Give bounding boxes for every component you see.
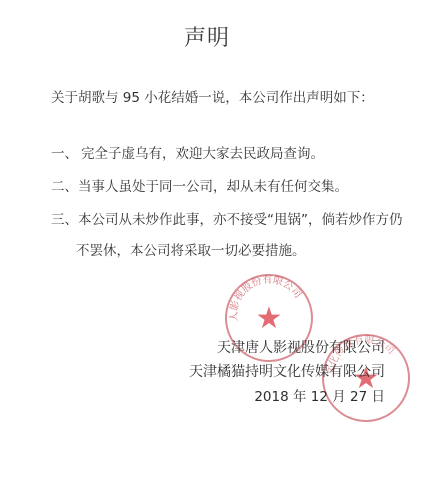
intro-paragraph: 关于胡歌与 95 小花结婚一说，本公司作出声明如下： <box>51 89 374 107</box>
item-number: 二、 <box>51 178 78 196</box>
document-title: 声明 <box>0 25 414 53</box>
item-text: 本公司从未炒作此事，亦不接受“甩锅”，倘若炒作方仍 <box>78 212 403 228</box>
item-text: 当事人虽处于同一公司，却从未有任何交集。 <box>78 179 348 195</box>
statement-item-3: 三、本公司从未炒作此事，亦不接受“甩锅”，倘若炒作方仍 <box>51 211 403 229</box>
statement-item-3-continuation: 不罢休，本公司将采取一切必要措施。 <box>76 242 306 260</box>
signature-company-1: 天津唐人影视股份有限公司 <box>217 339 385 357</box>
statement-item-2: 二、当事人虽处于同一公司，却从未有任何交集。 <box>51 178 348 196</box>
item-text: 完全子虚乌有，欢迎大家去民政局查询。 <box>81 146 324 162</box>
item-number: 一、 <box>51 145 81 163</box>
star-icon: ★ <box>256 304 283 334</box>
statement-item-1: 一、完全子虚乌有，欢迎大家去民政局查询。 <box>51 145 324 163</box>
statement-document: 声明 关于胡歌与 95 小花结婚一说，本公司作出声明如下： 一、完全子虚乌有，欢… <box>0 0 434 499</box>
signature-company-2: 天津橘猫持明文化传媒有限公司 <box>189 363 385 381</box>
statement-date: 2018 年 12 月 27 日 <box>254 388 385 406</box>
item-number: 三、 <box>51 211 78 229</box>
